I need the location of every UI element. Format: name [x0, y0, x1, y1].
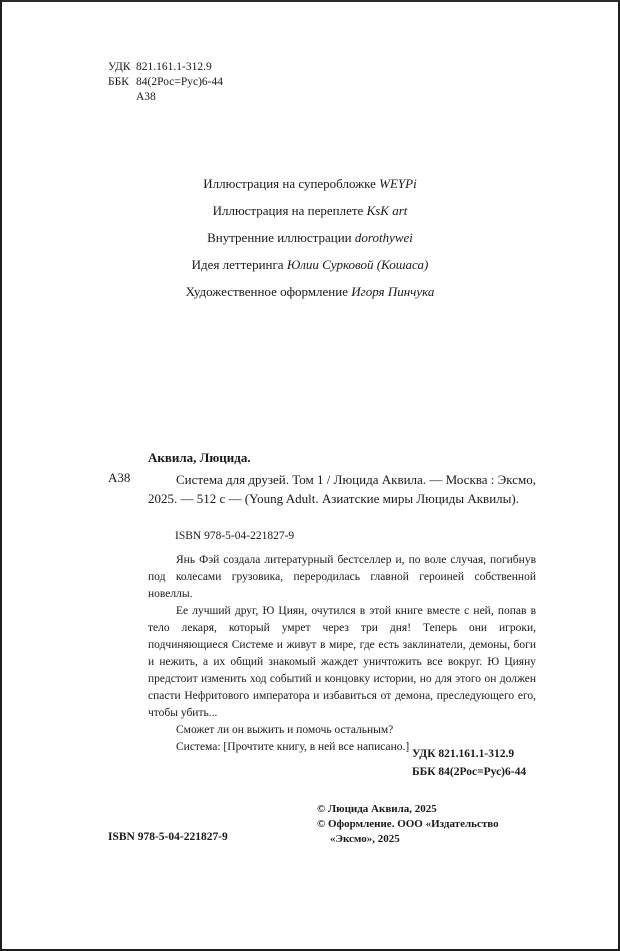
credit-line: Иллюстрация на переплете KsK art: [2, 201, 618, 228]
credit-line: Внутренние иллюстрации dorothywei: [2, 228, 618, 255]
catalog-code: А38: [108, 470, 130, 486]
credit-name: WEYPi: [379, 176, 417, 191]
catalog-description-text: Система для друзей. Том 1 / Люцида Аквил…: [148, 470, 536, 508]
credit-line: Идея леттеринга Юлии Сурковой (Кошаса): [2, 255, 618, 282]
codes-right: УДК 821.161.1-312.9 ББК 84(2Рос=Рус)6-44: [412, 745, 526, 781]
bbk-value: 84(2Рос=Рус)6-44: [136, 75, 223, 90]
credit-line: Иллюстрация на суперобложке WEYPi: [2, 174, 618, 201]
credit-role: Художественное оформление: [186, 284, 352, 299]
udk-value: 821.161.1-312.9: [136, 60, 212, 75]
credit-name: Юлии Сурковой (Кошаса): [287, 257, 428, 272]
copyright-design-cont: «Эксмо», 2025: [317, 832, 499, 847]
udk-label: УДК: [108, 60, 136, 75]
catalog-author: Аквила, Люцида.: [148, 450, 251, 466]
classification-block: УДК 821.161.1-312.9 ББК 84(2Рос=Рус)6-44…: [108, 60, 223, 105]
copyright-block: © Люцида Аквила, 2025 © Оформление. ООО …: [317, 802, 499, 847]
bbk-label: ББК: [108, 75, 136, 90]
credit-role: Внутренние иллюстрации: [207, 230, 355, 245]
udk-code: УДК 821.161.1-312.9: [412, 745, 526, 763]
bbk-code: ББК 84(2Рос=Рус)6-44: [412, 763, 526, 781]
copyright-design: © Оформление. ООО «Издательство: [317, 817, 499, 832]
credits-block: Иллюстрация на суперобложке WEYPi Иллюст…: [2, 174, 618, 309]
annotation-paragraph: Ее лучший друг, Ю Циян, очутился в этой …: [148, 603, 536, 722]
copyright-author: © Люцида Аквила, 2025: [317, 802, 499, 817]
credit-role: Идея леттеринга: [192, 257, 287, 272]
annotation: Янь Фэй создала литературный бестселлер …: [148, 552, 536, 756]
annotation-paragraph: Сможет ли он выжить и помочь остальным?: [148, 722, 536, 739]
credit-role: Иллюстрация на переплете: [213, 203, 367, 218]
imprint-page: УДК 821.161.1-312.9 ББК 84(2Рос=Рус)6-44…: [0, 0, 620, 951]
isbn-bottom: ISBN 978-5-04-221827-9: [108, 831, 228, 843]
credit-name: dorothywei: [355, 230, 413, 245]
author-mark: А38: [108, 90, 223, 105]
credit-line: Художественное оформление Игоря Пинчука: [2, 282, 618, 309]
catalog-isbn: ISBN 978-5-04-221827-9: [175, 530, 294, 542]
annotation-paragraph: Янь Фэй создала литературный бестселлер …: [148, 552, 536, 603]
catalog-description: Система для друзей. Том 1 / Люцида Аквил…: [148, 470, 536, 508]
credit-role: Иллюстрация на суперобложке: [203, 176, 379, 191]
credit-name: KsK art: [367, 203, 408, 218]
credit-name: Игоря Пинчука: [351, 284, 434, 299]
